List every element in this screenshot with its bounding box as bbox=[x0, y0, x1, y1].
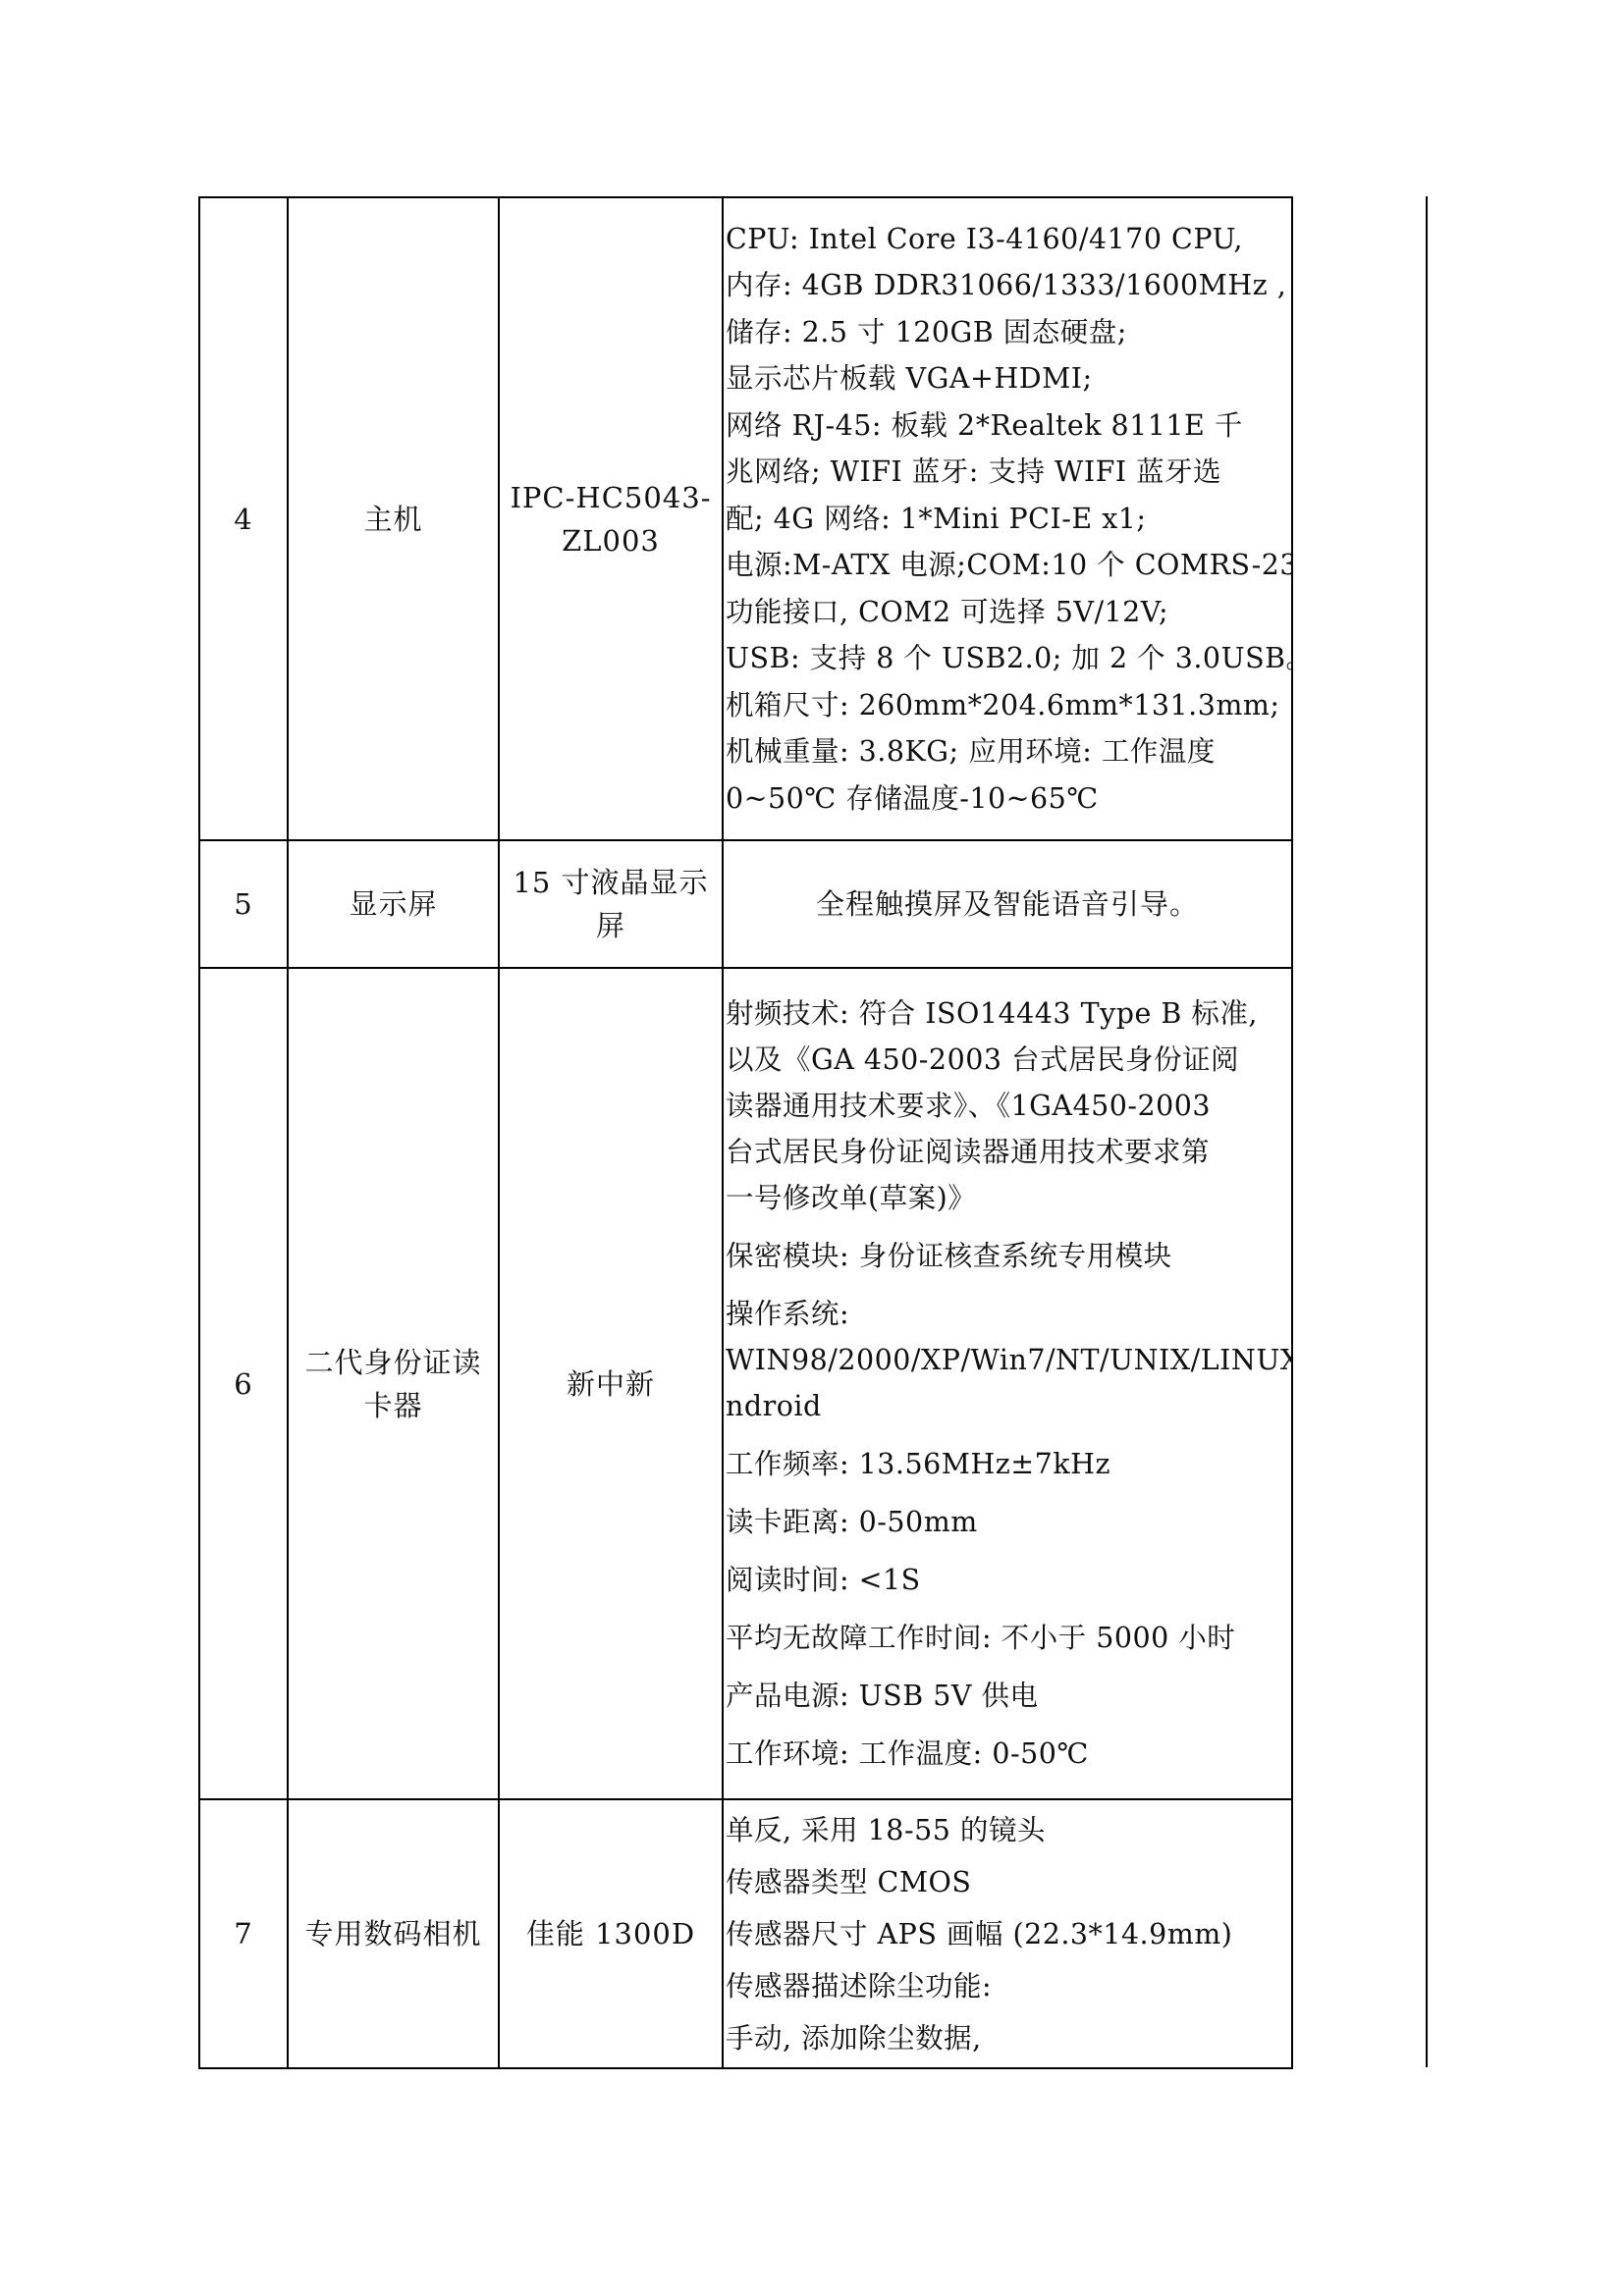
spec-line: 读卡距离: 0-50mm bbox=[726, 1499, 1291, 1545]
spec-line: 以及《GA 450-2003 台式居民身份证阅 bbox=[726, 1037, 1291, 1083]
spec-line: 机箱尺寸: 260mm*204.6mm*131.3mm; bbox=[726, 682, 1291, 729]
spec-line: 保密模块: 身份证核查系统专用模块 bbox=[726, 1233, 1291, 1279]
spec-line: 储存: 2.5 寸 120GB 固态硬盘; bbox=[726, 309, 1291, 356]
item-spec: 全程触摸屏及智能语音引导。 bbox=[723, 840, 1292, 968]
item-name: 显示屏 bbox=[288, 840, 499, 968]
spec-line: 传感器尺寸 APS 画幅 (22.3*14.9mm) bbox=[726, 1908, 1291, 1960]
item-model: 新中新 bbox=[499, 968, 723, 1799]
spec-line: 配; 4G 网络: 1*Mini PCI-E x1; bbox=[726, 496, 1291, 543]
item-number: 4 bbox=[199, 197, 288, 840]
name-line: 二代身份证读 bbox=[304, 1341, 481, 1384]
table-row: 7 专用数码相机 佳能 1300D 单反, 采用 18-55 的镜头 传感器类型… bbox=[199, 1799, 1292, 2068]
spec-line: 内存: 4GB DDR31066/1333/1600MHz , bbox=[726, 262, 1291, 309]
spec-line: 单反, 采用 18-55 的镜头 bbox=[726, 1804, 1291, 1856]
item-number: 7 bbox=[199, 1799, 288, 2068]
spec-line: 功能接口, COM2 可选择 5V/12V; bbox=[726, 589, 1291, 636]
spec-line: 兆网络; WIFI 蓝牙: 支持 WIFI 蓝牙选 bbox=[726, 449, 1291, 496]
spec-line: 阅读时间: <1S bbox=[726, 1557, 1291, 1603]
spec-line: 台式居民身份证阅读器通用技术要求第 bbox=[726, 1129, 1291, 1175]
model-line: IPC-HC5043- bbox=[510, 476, 711, 519]
spec-line: 射频技术: 符合 ISO14443 Type B 标准, bbox=[726, 990, 1291, 1037]
model-line: 15 寸液晶显示 bbox=[513, 861, 708, 904]
spec-line: 电源:M-ATX 电源;COM:10 个 COMRS-232 bbox=[726, 542, 1291, 589]
name-line: 卡器 bbox=[363, 1384, 422, 1427]
model-line: 屏 bbox=[596, 904, 625, 947]
spec-line: 一号修改单(草案)》 bbox=[726, 1175, 1291, 1221]
spec-line: 操作系统: bbox=[726, 1291, 1291, 1337]
item-name: 专用数码相机 bbox=[288, 1799, 499, 2068]
item-name: 二代身份证读 卡器 bbox=[288, 968, 499, 1799]
spec-line: 显示芯片板载 VGA+HDMI; bbox=[726, 355, 1291, 402]
spec-line: 机械重量: 3.8KG; 应用环境: 工作温度 bbox=[726, 728, 1291, 775]
page-margin-rule bbox=[1426, 196, 1428, 2067]
spec-line: ndroid bbox=[726, 1383, 1291, 1429]
spec-line: 平均无故障工作时间: 不小于 5000 小时 bbox=[726, 1615, 1291, 1661]
item-model: 15 寸液晶显示 屏 bbox=[499, 840, 723, 968]
spec-line: 0~50℃ 存储温度-10~65℃ bbox=[726, 775, 1291, 823]
item-number: 5 bbox=[199, 840, 288, 968]
spec-line: 工作环境: 工作温度: 0-50℃ bbox=[726, 1731, 1291, 1777]
item-model: 佳能 1300D bbox=[499, 1799, 723, 2068]
spec-line: 读器通用技术要求》、《1GA450-2003 bbox=[726, 1083, 1291, 1129]
model-line: ZL003 bbox=[562, 519, 660, 562]
item-spec: 射频技术: 符合 ISO14443 Type B 标准, 以及《GA 450-2… bbox=[723, 968, 1292, 1799]
table-row: 4 主机 IPC-HC5043- ZL003 CPU: Intel Core I… bbox=[199, 197, 1292, 840]
spec-line: 手动, 添加除尘数据, bbox=[726, 2012, 1291, 2064]
table-row: 5 显示屏 15 寸液晶显示 屏 全程触摸屏及智能语音引导。 bbox=[199, 840, 1292, 968]
spec-line: USB: 支持 8 个 USB2.0; 加 2 个 3.0USB。 bbox=[726, 635, 1291, 682]
item-spec: CPU: Intel Core I3-4160/4170 CPU, 内存: 4G… bbox=[723, 197, 1292, 840]
spec-line: 网络 RJ-45: 板载 2*Realtek 8111E 千 bbox=[726, 402, 1291, 450]
item-number: 6 bbox=[199, 968, 288, 1799]
spec-line: WIN98/2000/XP/Win7/NT/UNIX/LINUX/A bbox=[726, 1337, 1291, 1383]
item-model: IPC-HC5043- ZL003 bbox=[499, 197, 723, 840]
spec-line: 传感器类型 CMOS bbox=[726, 1856, 1291, 1908]
spec-line: 工作频率: 13.56MHz±7kHz bbox=[726, 1441, 1291, 1487]
equipment-spec-table: 4 主机 IPC-HC5043- ZL003 CPU: Intel Core I… bbox=[198, 196, 1293, 2069]
spec-line: CPU: Intel Core I3-4160/4170 CPU, bbox=[726, 216, 1291, 263]
spec-line: 传感器描述除尘功能: bbox=[726, 1960, 1291, 2012]
item-name: 主机 bbox=[288, 197, 499, 840]
spec-line: 产品电源: USB 5V 供电 bbox=[726, 1673, 1291, 1719]
table-row: 6 二代身份证读 卡器 新中新 射频技术: 符合 ISO14443 Type B… bbox=[199, 968, 1292, 1799]
item-spec: 单反, 采用 18-55 的镜头 传感器类型 CMOS 传感器尺寸 APS 画幅… bbox=[723, 1799, 1292, 2068]
